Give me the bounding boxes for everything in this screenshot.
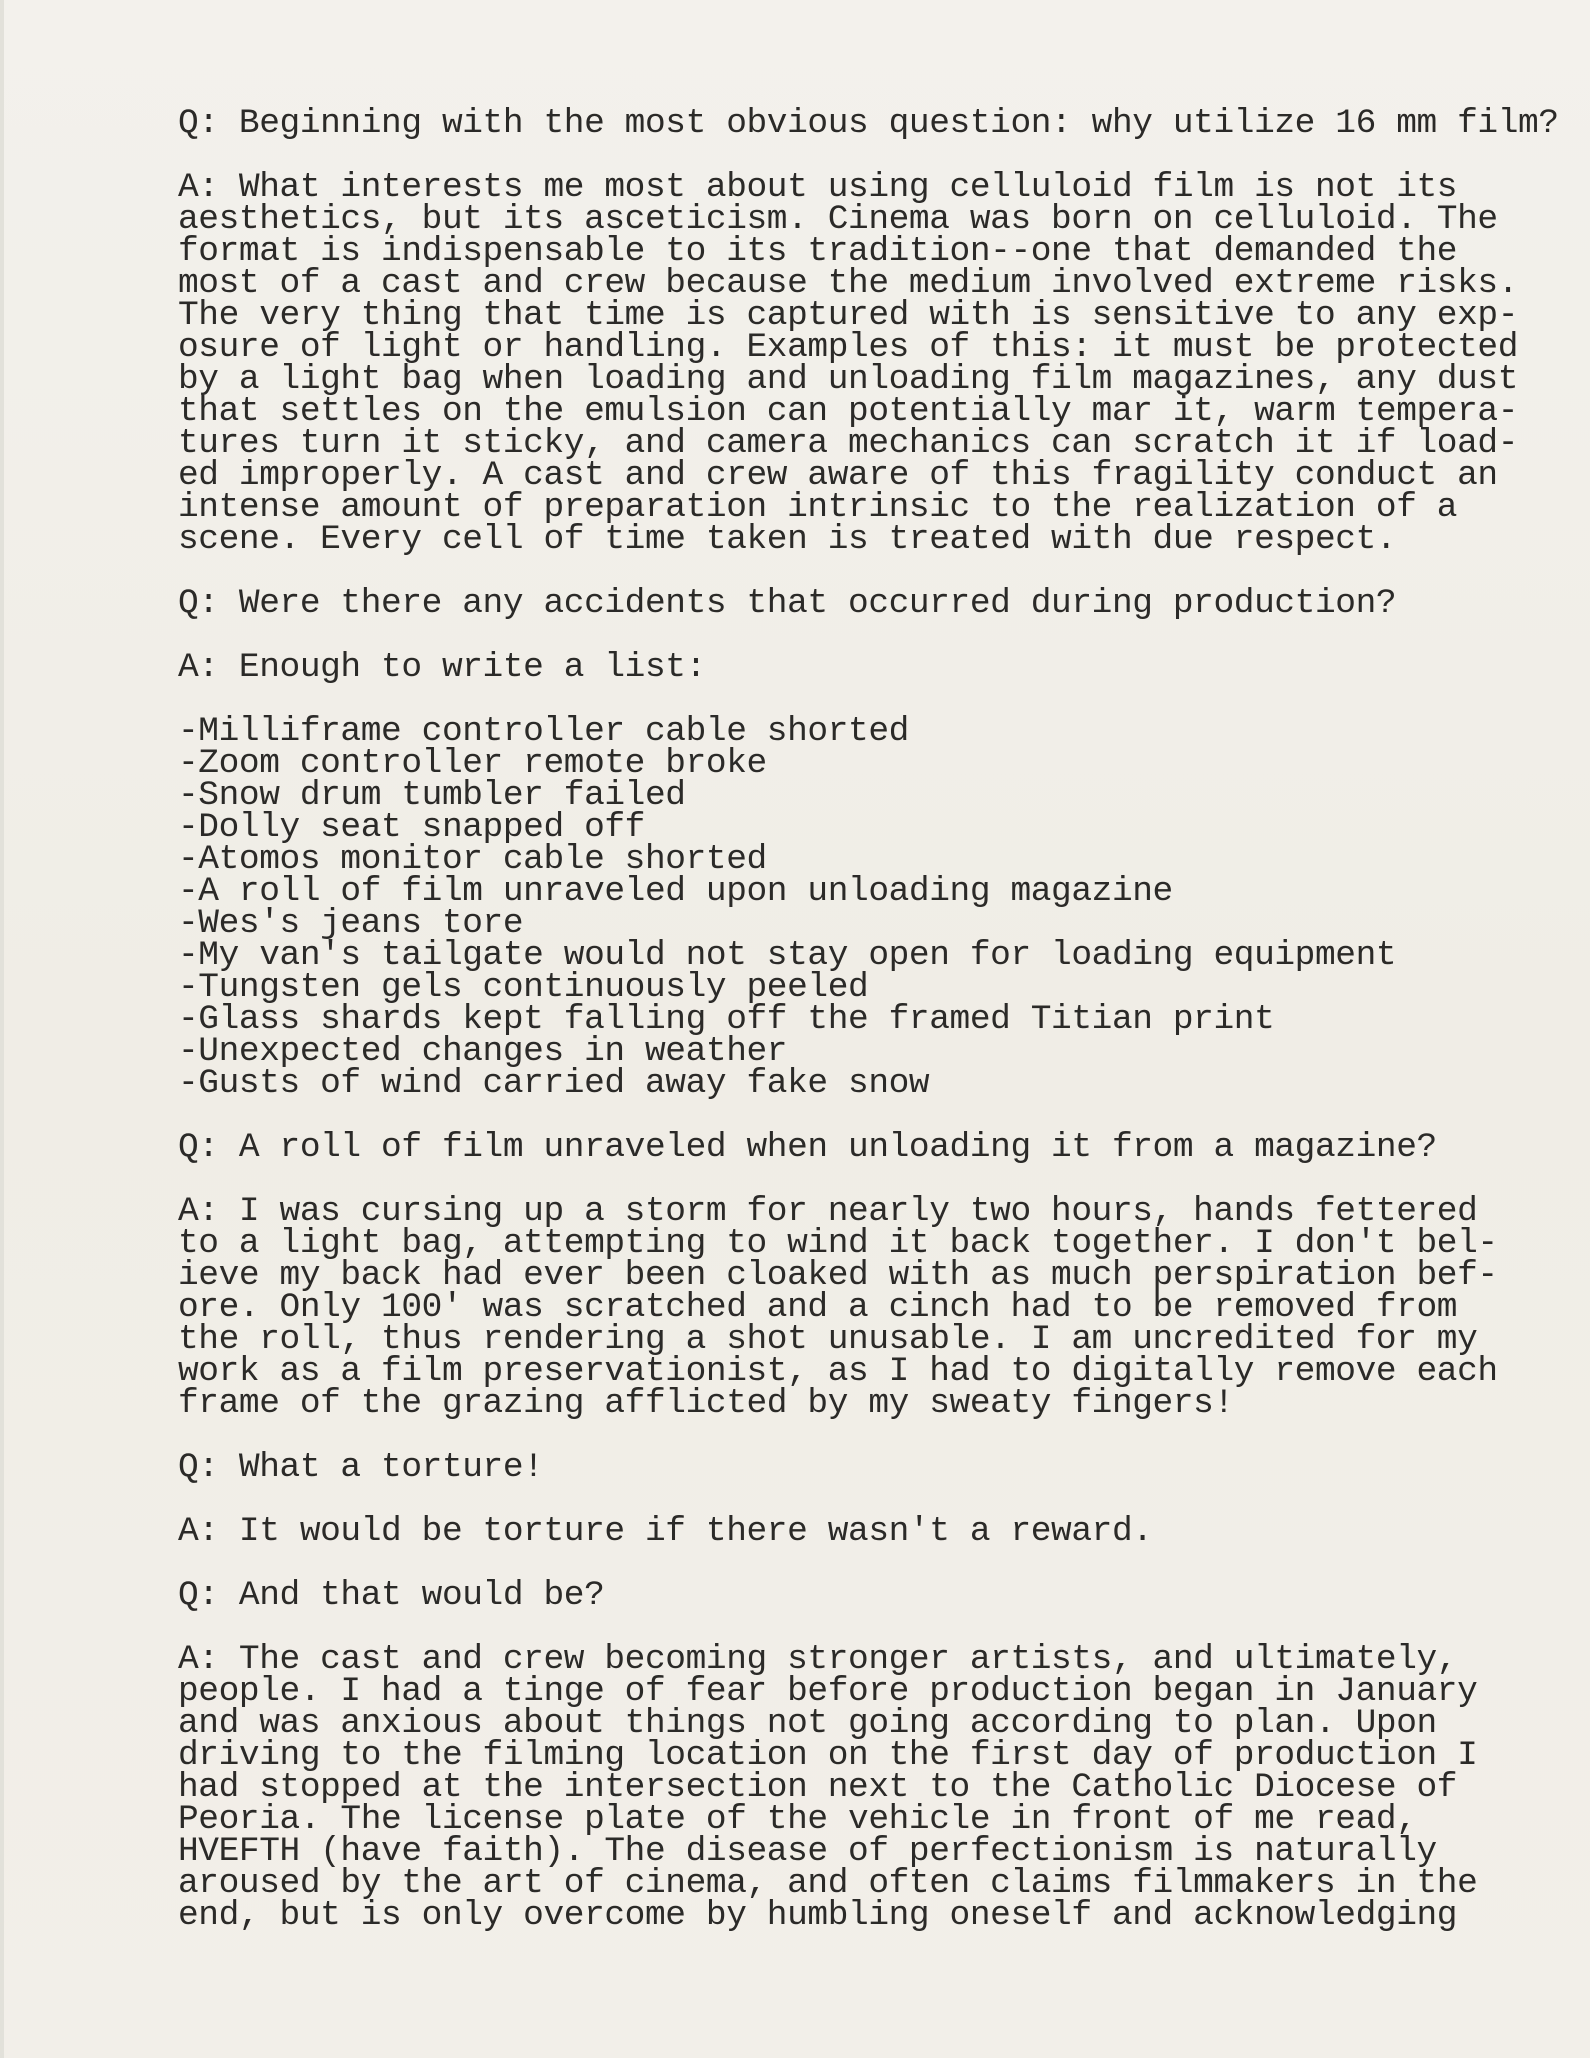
typewritten-page: Q: Beginning with the most obvious quest… bbox=[0, 0, 1590, 2058]
paper-edge bbox=[0, 0, 4, 2058]
question-line: Q: Beginning with the most obvious quest… bbox=[178, 108, 1478, 140]
answer-block: A: Enough to write a list: bbox=[178, 652, 1478, 684]
answer-line: frame of the grazing afflicted by my swe… bbox=[178, 1388, 1478, 1420]
question-line: Q: What a torture! bbox=[178, 1452, 1478, 1484]
answer-block: A: I was cursing up a storm for nearly t… bbox=[178, 1196, 1478, 1420]
question-line: Q: Were there any accidents that occurre… bbox=[178, 588, 1478, 620]
answer-line: A: It would be torture if there wasn't a… bbox=[178, 1516, 1478, 1548]
answer-block: A: The cast and crew becoming stronger a… bbox=[178, 1644, 1478, 1932]
list-item: -Gusts of wind carried away fake snow bbox=[178, 1068, 1478, 1100]
question-block: Q: And that would be? bbox=[178, 1580, 1478, 1612]
question-block: Q: What a torture! bbox=[178, 1452, 1478, 1484]
answer-line: end, but is only overcome by humbling on… bbox=[178, 1900, 1478, 1932]
question-block: Q: Beginning with the most obvious quest… bbox=[178, 108, 1478, 140]
list-block: -Milliframe controller cable shorted-Zoo… bbox=[178, 716, 1478, 1100]
answer-line: scene. Every cell of time taken is treat… bbox=[178, 524, 1478, 556]
question-block: Q: Were there any accidents that occurre… bbox=[178, 588, 1478, 620]
interview-text: Q: Beginning with the most obvious quest… bbox=[178, 108, 1478, 1932]
answer-block: A: What interests me most about using ce… bbox=[178, 172, 1478, 556]
question-block: Q: A roll of film unraveled when unloadi… bbox=[178, 1132, 1478, 1164]
question-line: Q: A roll of film unraveled when unloadi… bbox=[178, 1132, 1478, 1164]
answer-block: A: It would be torture if there wasn't a… bbox=[178, 1516, 1478, 1548]
question-line: Q: And that would be? bbox=[178, 1580, 1478, 1612]
answer-line: A: Enough to write a list: bbox=[178, 652, 1478, 684]
